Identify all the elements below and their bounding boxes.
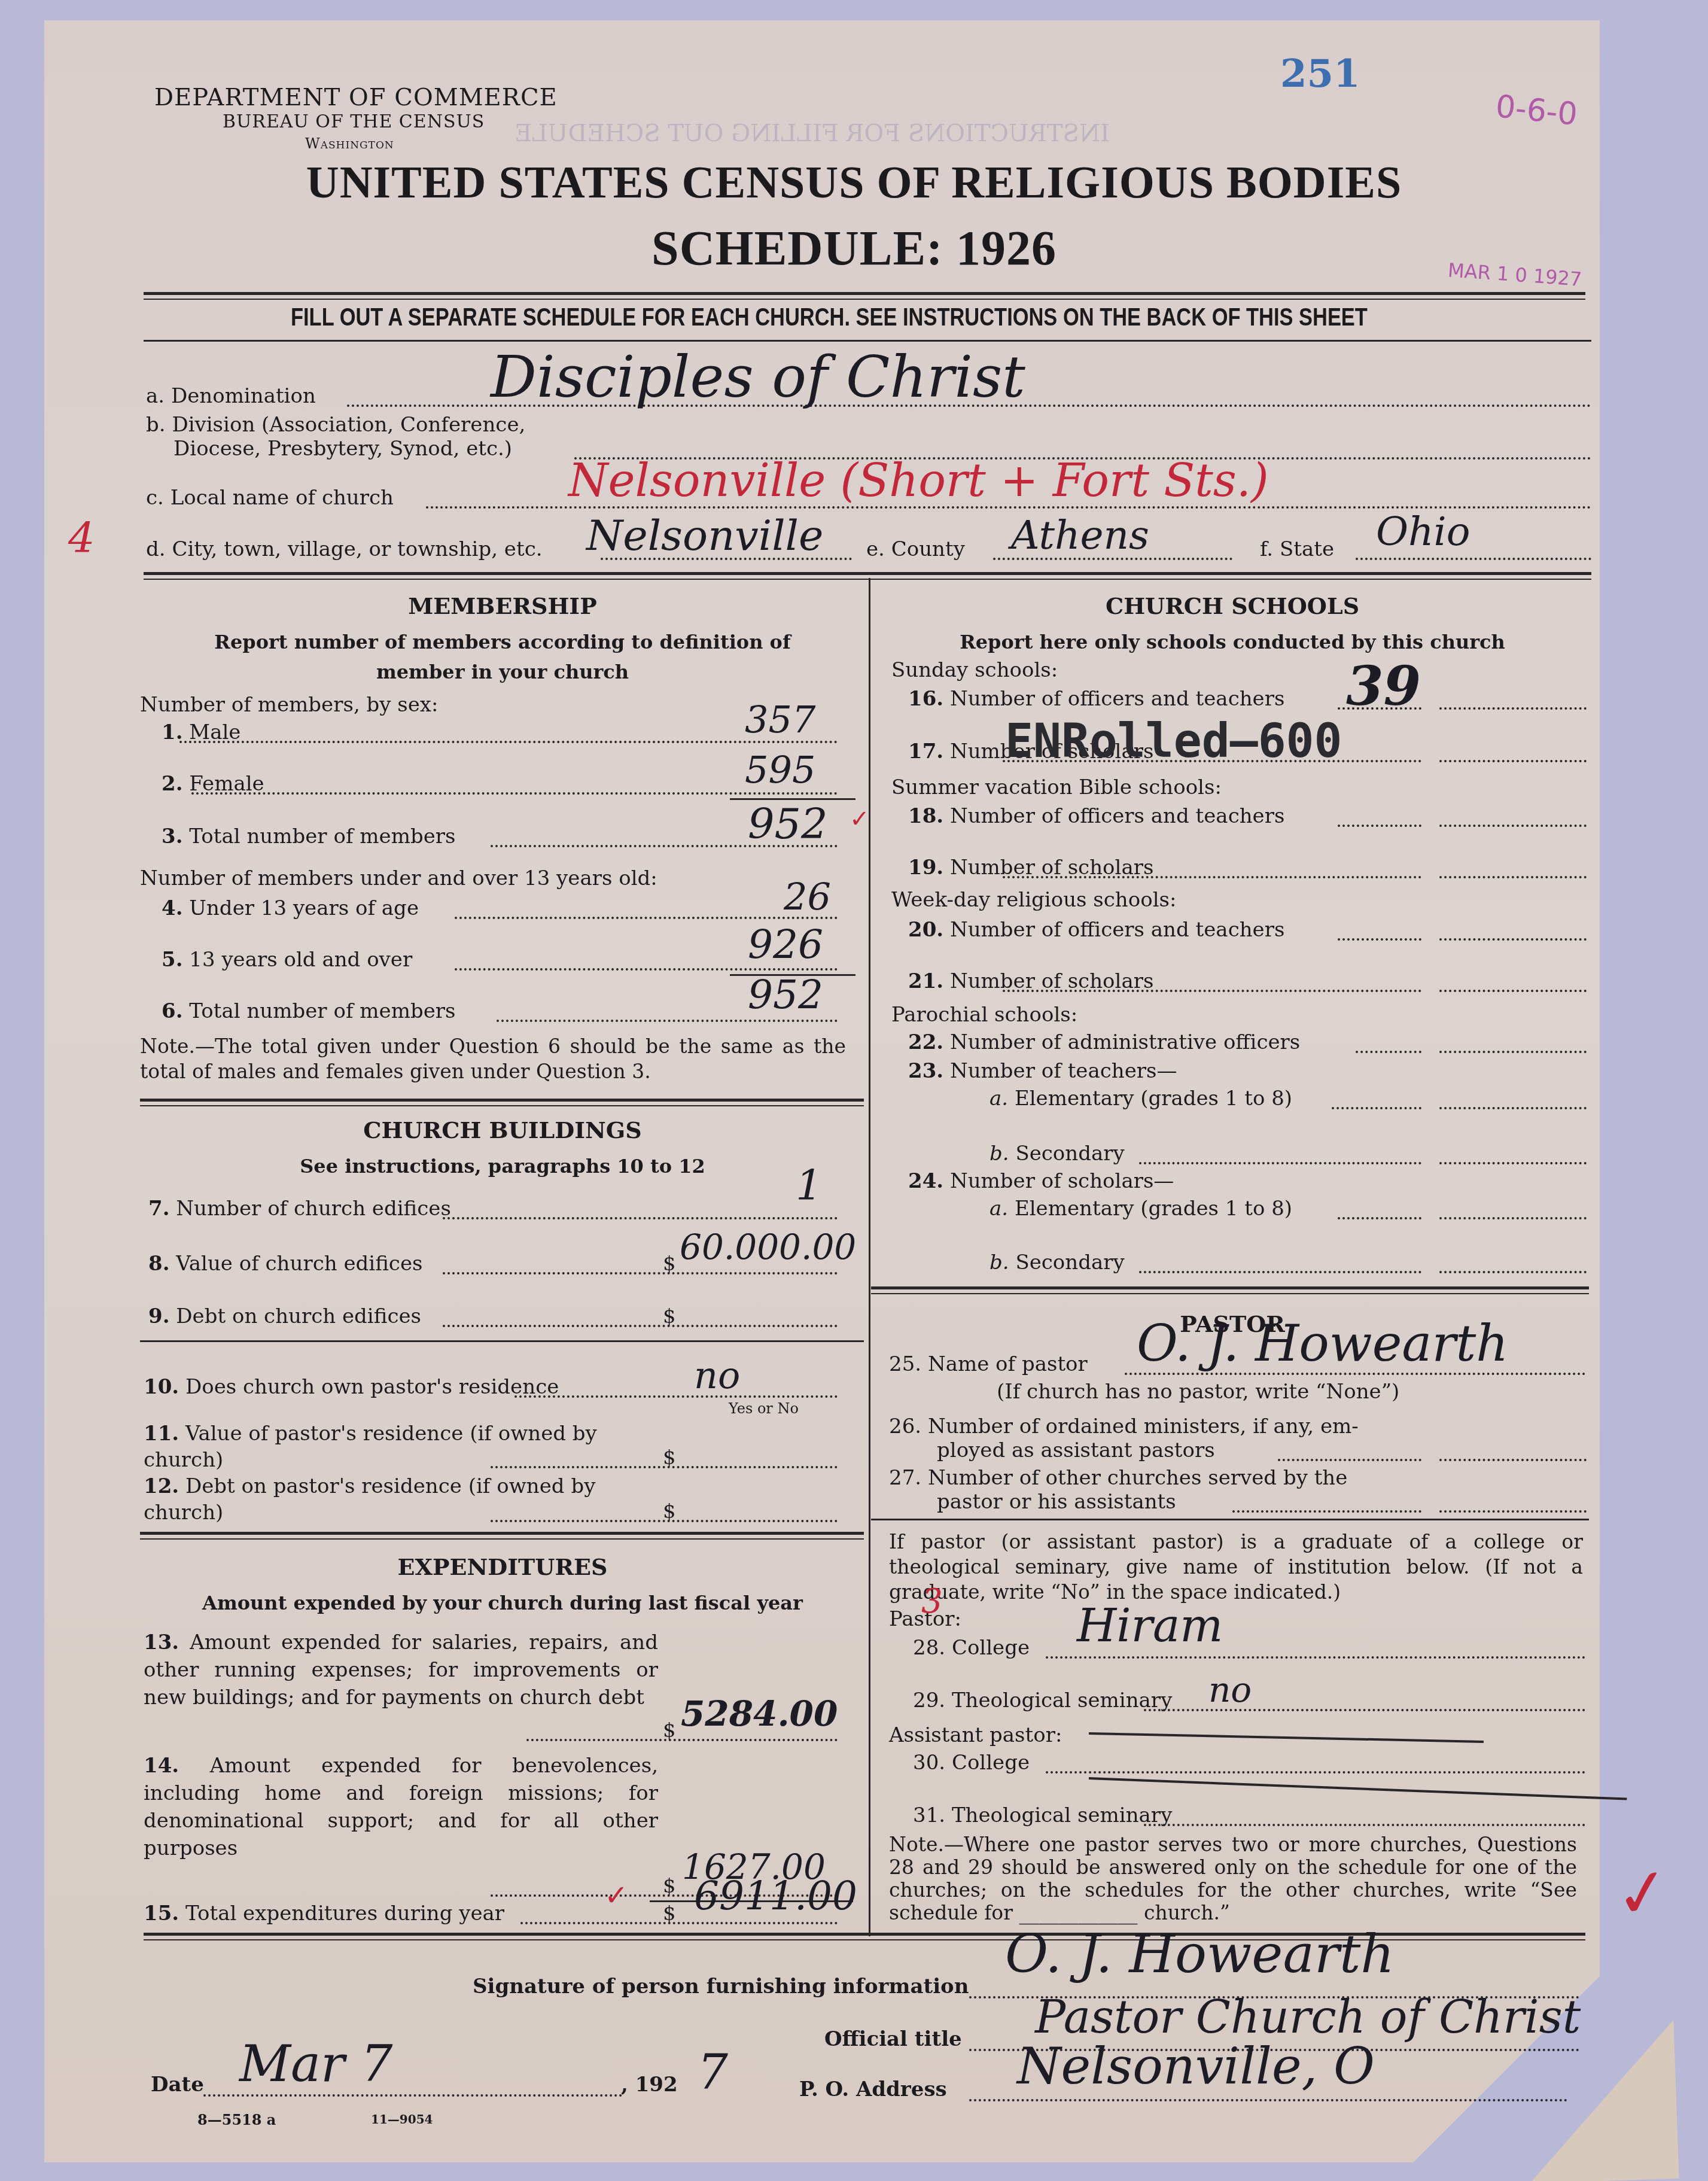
- dotted-leader: [443, 1325, 838, 1327]
- signature-field[interactable]: O. J. Howearth: [1005, 1923, 1395, 1985]
- dollar-sign: $: [663, 1304, 676, 1328]
- division-label-1: b. Division (Association, Conference,: [146, 413, 525, 437]
- schools-row-label: a. Elementary (grades 1 to 8): [990, 1197, 1292, 1221]
- assistant-college-label: 30. College: [913, 1751, 1030, 1775]
- assistant-college-line: [1046, 1771, 1585, 1774]
- bleed-through-heading: INSTRUCTIONS FOR FILLING OUT SCHEDULE: [514, 120, 1110, 147]
- dollar-sign: $: [663, 1902, 676, 1926]
- assistant-ministers-label-2: ployed as assistant pastors: [937, 1438, 1215, 1462]
- expenditures-row-label: 14. Amount expended for benevolences, in…: [144, 1711, 658, 1862]
- date-label: Date: [151, 2073, 204, 2097]
- seminary-label: 29. Theological seminary: [913, 1689, 1172, 1712]
- yes-or-no-hint: Yes or No: [729, 1400, 799, 1417]
- schools-row-label: 16. Number of officers and teachers: [908, 687, 1284, 711]
- official-title-field[interactable]: Pastor Church of Christ: [1035, 1990, 1581, 2043]
- dotted-leader: [1003, 876, 1421, 878]
- schools-row-label: 23. Number of teachers—: [908, 1059, 1177, 1083]
- dollar-sign: $: [663, 1252, 676, 1276]
- church-schools-subtitle: Report here only schools conducted by th…: [879, 631, 1585, 653]
- division-label-2: Diocese, Presbytery, Synod, etc.): [173, 437, 512, 461]
- expenditures-row-label: 15. Total expenditures during year: [144, 1902, 504, 1926]
- membership-note: Note.—The total given under Question 6 s…: [140, 1034, 846, 1084]
- dotted-leader: [191, 792, 838, 795]
- dollar-sign: $: [663, 1874, 676, 1898]
- 13-and-over-field[interactable]: 926: [748, 921, 823, 968]
- dotted-leader: [514, 1395, 838, 1398]
- edifices-value-field[interactable]: 60.000.00: [680, 1227, 856, 1267]
- local-name-field[interactable]: Nelsonville (Short + Fort Sts.): [568, 454, 1269, 507]
- identification-rule: [144, 572, 1591, 575]
- assistant-seminary-label: 31. Theological seminary: [913, 1803, 1172, 1827]
- value-line: [1439, 1510, 1587, 1513]
- denomination-field[interactable]: Disciples of Christ: [491, 343, 1025, 410]
- summer-schools-heading: Summer vacation Bible schools:: [891, 775, 1222, 799]
- buildings-rule: [140, 1532, 864, 1535]
- expenditures-title: EXPENDITURES: [144, 1553, 861, 1580]
- schools-row-label: b. Secondary: [990, 1251, 1125, 1274]
- city-field[interactable]: Nelsonville: [586, 511, 823, 560]
- form-number: 8—5518 a: [197, 2111, 276, 2128]
- dotted-leader: [1338, 825, 1421, 827]
- total-members-by-age-field[interactable]: 952: [748, 972, 823, 1018]
- dollar-sign: $: [663, 1446, 676, 1470]
- local-name-label: c. Local name of church: [146, 486, 394, 510]
- dotted-leader: [1338, 1217, 1421, 1219]
- expenditures-subtitle: Amount expended by your church during la…: [144, 1592, 861, 1614]
- dotted-leader: [1278, 1459, 1421, 1461]
- other-churches-label-2: pastor or his assistants: [937, 1490, 1176, 1514]
- file-number-stamp: 251: [1280, 51, 1360, 96]
- check-mark-icon: ✓: [850, 805, 870, 833]
- value-line: [1439, 825, 1587, 827]
- sunday-scholars-field[interactable]: ENRolled—600: [1005, 714, 1342, 768]
- department-name: DEPARTMENT OF COMMERCE: [154, 84, 558, 111]
- graduate-instructions: If pastor (or assistant pastor) is a gra…: [889, 1529, 1583, 1605]
- print-number: 11—9054: [371, 2112, 433, 2127]
- schools-row-label: 24. Number of scholars—: [908, 1169, 1174, 1193]
- parochial-schools-heading: Parochial schools:: [891, 1003, 1077, 1027]
- bureau-city: Washington: [305, 135, 394, 152]
- buildings-row-label: 10. Does church own pastor's residence: [144, 1375, 559, 1399]
- college-label: 28. College: [913, 1636, 1030, 1660]
- value-line: [1439, 1162, 1587, 1164]
- dotted-leader: [455, 968, 838, 971]
- owns-residence-field[interactable]: no: [694, 1353, 740, 1397]
- pastor-note: Note.—Where one pastor serves two or mor…: [889, 1833, 1577, 1924]
- membership-title: MEMBERSHIP: [144, 592, 861, 619]
- dotted-leader: [497, 1020, 838, 1022]
- age-heading: Number of members under and over 13 year…: [140, 866, 657, 890]
- seminary-field[interactable]: no: [1208, 1669, 1252, 1710]
- college-line: [1046, 1656, 1585, 1659]
- schools-row-label: 22. Number of administrative officers: [908, 1030, 1300, 1054]
- pastor-name-label: 25. Name of pastor: [889, 1352, 1088, 1376]
- church-schools-title: CHURCH SCHOOLS: [879, 592, 1585, 619]
- dotted-leader: [1356, 1051, 1421, 1053]
- membership-subtitle: Report number of members according to de…: [179, 627, 826, 687]
- pastor-divider: [871, 1519, 1589, 1520]
- college-field[interactable]: Hiram: [1077, 1599, 1223, 1652]
- state-line: [1356, 558, 1591, 560]
- buildings-row-label: 8. Value of church edifices: [148, 1252, 422, 1276]
- po-address-label: P. O. Address: [799, 2077, 947, 2101]
- po-address-field[interactable]: Nelsonville, O: [1017, 2037, 1375, 2095]
- check-mark-icon: ✓: [604, 1879, 628, 1912]
- total-expenditures-field[interactable]: 6911.00: [694, 1873, 857, 1919]
- male-members-field[interactable]: 357: [745, 698, 815, 741]
- dotted-leader: [1232, 1510, 1421, 1513]
- column-divider: [869, 578, 870, 1936]
- dotted-leader: [443, 1272, 838, 1274]
- weekday-schools-heading: Week-day religious schools:: [891, 888, 1176, 912]
- value-line: [1439, 1271, 1587, 1273]
- value-line: [1439, 990, 1587, 992]
- buildings-divider: [140, 1340, 864, 1342]
- dotted-leader: [520, 1922, 838, 1924]
- buildings-row-label: 12. Debt on pastor's residence (if owned…: [144, 1473, 658, 1526]
- form-title: UNITED STATES CENSUS OF RELIGIOUS BODIES: [0, 157, 1708, 209]
- pastor-name-line: [1125, 1373, 1585, 1375]
- dollar-sign: $: [663, 1718, 676, 1742]
- official-title-label: Official title: [824, 2027, 962, 2051]
- buildings-title: CHURCH BUILDINGS: [144, 1117, 861, 1143]
- by-sex-heading: Number of members, by sex:: [140, 693, 438, 717]
- dollar-sign: $: [663, 1499, 676, 1523]
- membership-row-label: 3. Total number of members: [162, 825, 455, 848]
- sunday-officers-field[interactable]: 39: [1346, 655, 1421, 718]
- other-churches-label-1: 27. Number of other churches served by t…: [889, 1466, 1347, 1490]
- running-expenses-field[interactable]: 5284.00: [681, 1693, 838, 1734]
- value-line: [1439, 1459, 1587, 1461]
- check-mark-icon: ✓: [1610, 1851, 1676, 1935]
- value-line: [1439, 938, 1587, 941]
- dotted-leader: [1139, 1271, 1421, 1273]
- dotted-leader: [1338, 938, 1421, 941]
- assistant-ministers-label-1: 26. Number of ordained ministers, if any…: [889, 1415, 1359, 1438]
- date-field[interactable]: Mar 7: [239, 2034, 392, 2093]
- value-line: [1439, 1107, 1587, 1109]
- value-line: [1439, 876, 1587, 878]
- value-line: [1439, 1051, 1587, 1053]
- schools-rule: [871, 1286, 1589, 1289]
- dotted-leader: [179, 741, 838, 743]
- margin-mark: 4: [68, 513, 95, 562]
- signature-label: Signature of person furnishing informati…: [473, 1975, 969, 1999]
- assistant-pastor-heading: Assistant pastor:: [889, 1723, 1062, 1747]
- header-rule: [144, 292, 1585, 295]
- membership-rule: [140, 1099, 864, 1102]
- value-line: [1439, 1217, 1587, 1219]
- city-label: d. City, town, village, or township, etc…: [146, 537, 543, 561]
- total-members-field[interactable]: 952: [748, 799, 828, 848]
- dotted-leader: [455, 917, 838, 919]
- state-field[interactable]: Ohio: [1376, 509, 1470, 555]
- buildings-row-label: 11. Value of pastor's residence (if owne…: [144, 1420, 658, 1473]
- pastor-mark: 3: [921, 1582, 943, 1621]
- buildings-row-label: 9. Debt on church edifices: [148, 1304, 421, 1328]
- year-prefix: , 192: [621, 2073, 678, 2097]
- po-address-line: [969, 2099, 1567, 2101]
- dotted-leader: [1003, 990, 1421, 992]
- dotted-leader: [443, 1217, 838, 1219]
- folded-corner: [1524, 2020, 1679, 2181]
- female-members-field[interactable]: 595: [745, 748, 815, 792]
- denomination-label: a. Denomination: [146, 384, 316, 408]
- instructions-banner: FILL OUT A SEPARATE SCHEDULE FOR EACH CH…: [291, 303, 1368, 331]
- edifices-count-field[interactable]: 1: [796, 1161, 823, 1210]
- county-field[interactable]: Athens: [1011, 512, 1149, 558]
- sunday-schools-heading: Sunday schools:: [891, 658, 1058, 682]
- under-13-field[interactable]: 26: [784, 875, 831, 918]
- date-line: [203, 2094, 622, 2097]
- banner-rule: [144, 340, 1591, 342]
- buildings-row-label: 7. Number of church edifices: [148, 1197, 451, 1221]
- membership-row-label: 5. 13 years old and over: [162, 948, 412, 972]
- assistant-seminary-line: [1144, 1824, 1585, 1826]
- pastor-name-field[interactable]: O. J. Howearth: [1137, 1314, 1508, 1373]
- value-line: [1439, 707, 1587, 710]
- schools-row-label: 20. Number of officers and teachers: [908, 918, 1284, 942]
- membership-row-label: 4. Under 13 years of age: [162, 896, 419, 920]
- schools-row-label: b. Secondary: [990, 1142, 1125, 1166]
- membership-row-label: 6. Total number of members: [162, 999, 455, 1023]
- value-line: [1439, 760, 1587, 762]
- county-label: e. County: [866, 537, 965, 561]
- year-field[interactable]: 7: [698, 2044, 728, 2100]
- schedule-year-title: SCHEDULE: 1926: [0, 220, 1708, 276]
- expenditures-row-label: 13. Amount expended for salaries, repair…: [144, 1629, 658, 1711]
- bureau-name: BUREAU OF THE CENSUS: [223, 111, 485, 132]
- schools-row-label: 18. Number of officers and teachers: [908, 804, 1284, 828]
- dotted-leader: [1139, 1162, 1421, 1164]
- state-label: f. State: [1260, 537, 1334, 561]
- schools-row-label: a. Elementary (grades 1 to 8): [990, 1087, 1292, 1111]
- dotted-leader: [1332, 1107, 1421, 1109]
- pastor-name-hint: (If church has no pastor, write “None”): [997, 1380, 1399, 1404]
- buildings-subtitle: See instructions, paragraphs 10 to 12: [144, 1155, 861, 1178]
